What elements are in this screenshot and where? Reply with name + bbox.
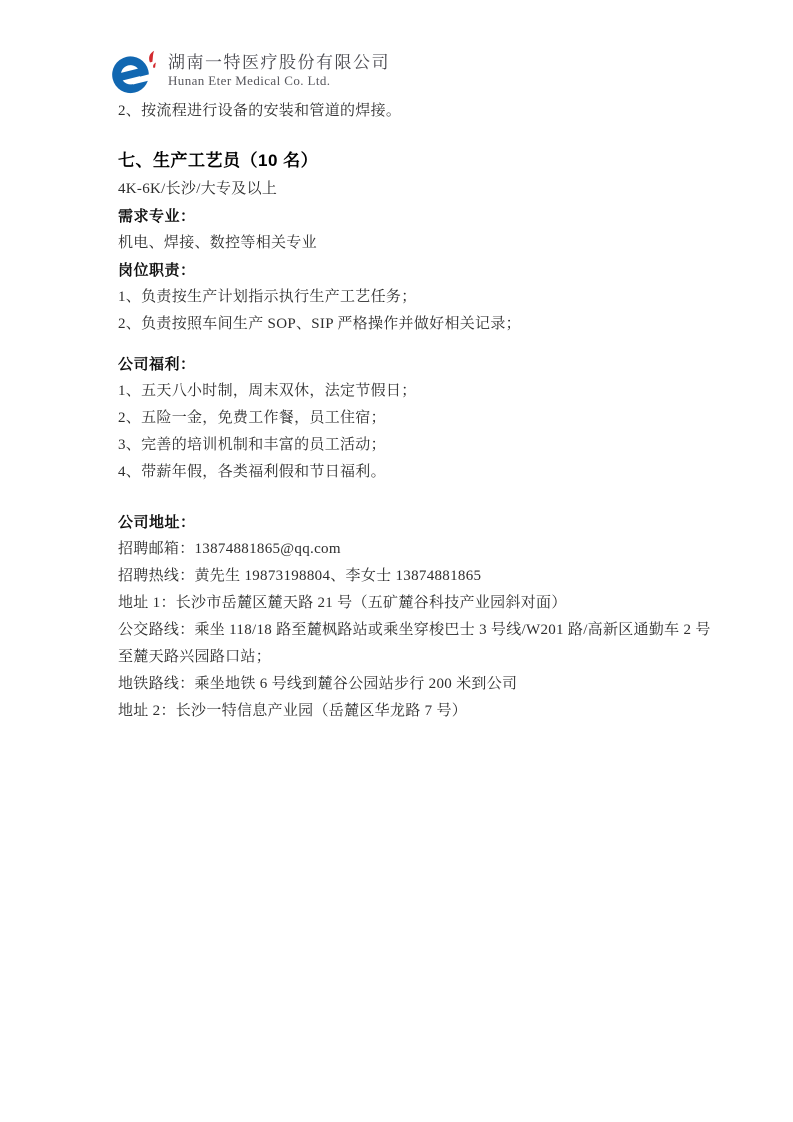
welfare-item: 3、完善的培训机制和丰富的员工活动； — [118, 432, 713, 459]
intro-line: 2、按流程进行设备的安装和管道的焊接。 — [118, 98, 713, 125]
address-line-addr1: 地址 1：长沙市岳麓区麓天路 21 号（五矿麓谷科技产业园斜对面） — [118, 590, 713, 617]
welfare-item: 1、五天八小时制，周末双休，法定节假日； — [118, 378, 713, 405]
address-line-hotline: 招聘热线：黄先生 19873198804、李女士 13874881865 — [118, 563, 713, 590]
address-label: 公司地址： — [118, 509, 713, 536]
position-salary: 4K-6K/长沙/大专及以上 — [118, 176, 713, 203]
address-line-metro: 地铁路线：乘坐地铁 6 号线到麓谷公园站步行 200 米到公司 — [118, 671, 713, 698]
welfare-item: 2、五险一金，免费工作餐，员工住宿； — [118, 405, 713, 432]
duty-item: 2、负责按照车间生产 SOP、SIP 严格操作并做好相关记录； — [118, 311, 713, 338]
eter-logo-icon — [111, 50, 161, 94]
address-line-bus: 公交路线：乘坐 118/18 路至麓枫路站或乘坐穿梭巴士 3 号线/W201 路… — [118, 617, 713, 671]
duty-label: 岗位职责： — [118, 257, 713, 284]
document-page: 湖南一特医疗股份有限公司 Hunan Eter Medical Co. Ltd.… — [0, 0, 793, 1122]
duty-item: 1、负责按生产计划指示执行生产工艺任务； — [118, 284, 713, 311]
major-value: 机电、焊接、数控等相关专业 — [118, 230, 713, 257]
position-title: 七、生产工艺员（10 名） — [118, 147, 713, 174]
company-name-zh: 湖南一特医疗股份有限公司 — [168, 53, 390, 73]
major-label: 需求专业： — [118, 203, 713, 230]
address-line-email: 招聘邮箱：13874881865@qq.com — [118, 536, 713, 563]
company-name-block: 湖南一特医疗股份有限公司 Hunan Eter Medical Co. Ltd. — [168, 50, 390, 89]
welfare-item: 4、带薪年假，各类福利假和节日福利。 — [118, 459, 713, 486]
welfare-label: 公司福利： — [118, 351, 713, 378]
company-name-en: Hunan Eter Medical Co. Ltd. — [168, 73, 390, 89]
address-line-addr2: 地址 2：长沙一特信息产业园（岳麓区华龙路 7 号） — [118, 698, 713, 725]
company-logo: 湖南一特医疗股份有限公司 Hunan Eter Medical Co. Ltd. — [111, 50, 713, 94]
